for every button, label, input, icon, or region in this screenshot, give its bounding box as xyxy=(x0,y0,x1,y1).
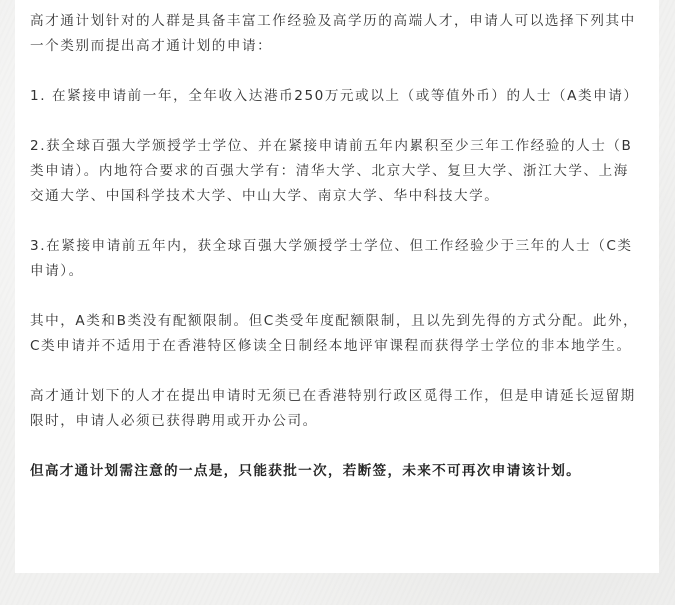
category-c-paragraph: 3.在紧接申请前五年内，获全球百强大学颁授学士学位、但工作经验少于三年的人士（C… xyxy=(30,234,644,284)
category-a-paragraph: 1. 在紧接申请前一年，全年收入达港币250万元或以上（或等值外币）的人士（A类… xyxy=(30,84,644,109)
employment-paragraph: 高才通计划下的人才在提出申请时无须已在香港特别行政区觅得工作，但是申请延长逗留期… xyxy=(30,384,644,434)
note-paragraph: 但高才通计划需注意的一点是，只能获批一次，若断签，未来不可再次申请该计划。 xyxy=(30,459,644,484)
category-b-paragraph: 2.获全球百强大学颁授学士学位、并在紧接申请前五年内累积至少三年工作经验的人士（… xyxy=(30,134,644,209)
article-card: 高才通计划针对的人群是具备丰富工作经验及高学历的高端人才，申请人可以选择下列其中… xyxy=(15,0,659,573)
intro-paragraph: 高才通计划针对的人群是具备丰富工作经验及高学历的高端人才，申请人可以选择下列其中… xyxy=(30,9,644,59)
quota-paragraph: 其中，A类和B类没有配额限制。但C类受年度配额限制，且以先到先得的方式分配。此外… xyxy=(30,309,644,359)
